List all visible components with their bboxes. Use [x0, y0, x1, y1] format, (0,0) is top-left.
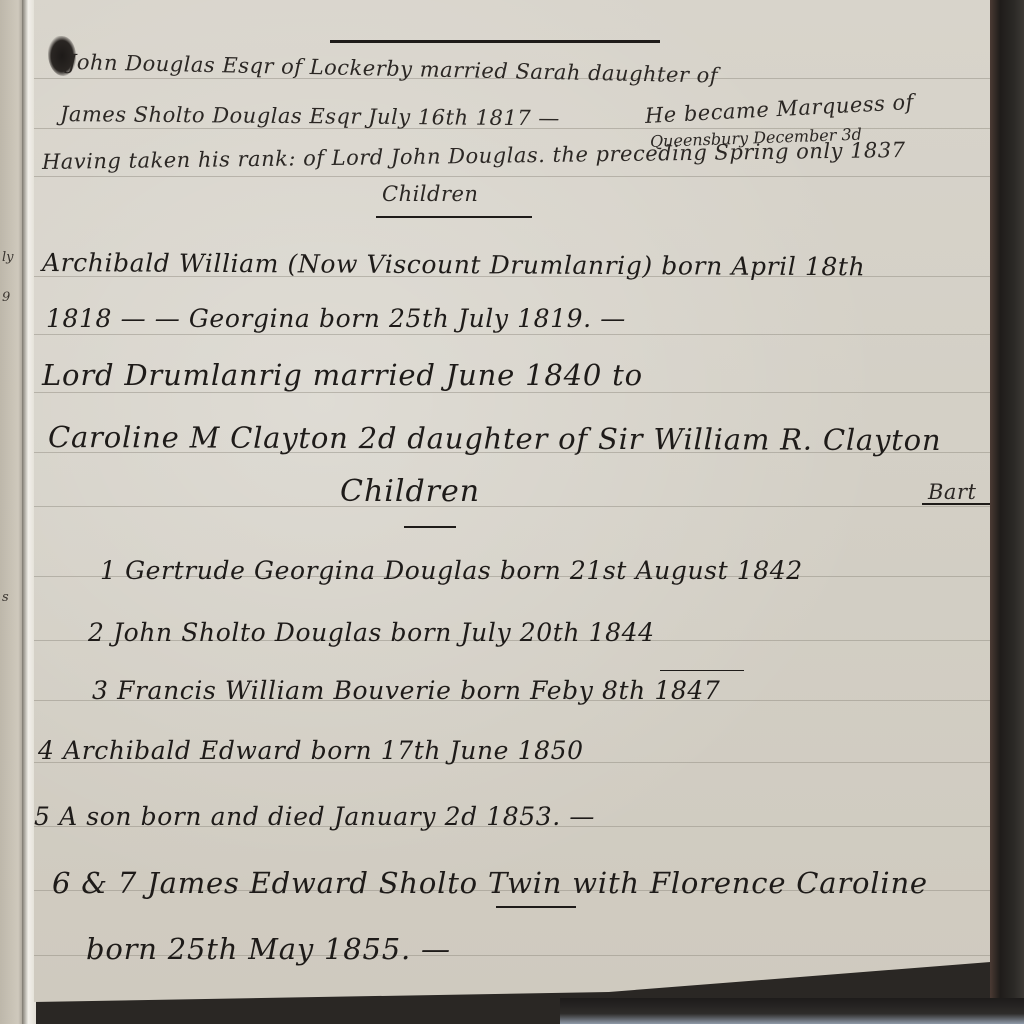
child-text: James Edward Sholto Twin with Florence C… — [147, 866, 928, 900]
child-text: A son born and died January 2d 1853. — — [59, 802, 595, 831]
book-cover-edge — [990, 0, 1024, 1024]
child-row-twins: 6 & 7 James Edward Sholto Twin with Flor… — [52, 866, 928, 900]
child-number: 6 & 7 — [52, 866, 137, 900]
children-heading: Children — [340, 474, 480, 509]
child-number: 3 — [92, 676, 109, 705]
child-number: 2 — [88, 618, 105, 647]
ruled-line — [34, 334, 992, 335]
child-text: Archibald Edward born 17th June 1850 — [63, 736, 584, 765]
child-number: 5 — [34, 802, 51, 831]
book-gutter — [22, 0, 36, 1024]
ruled-line — [34, 176, 992, 177]
child-row: 4 Archibald Edward born 17th June 1850 — [38, 736, 584, 765]
children-heading-underline — [404, 526, 456, 528]
header-line-2: James Sholto Douglas Esqr July 16th 1817… — [60, 102, 560, 130]
first-children-line-1: Archibald William (Now Viscount Drumlanr… — [42, 248, 865, 281]
child-number: 4 — [38, 736, 55, 765]
child-row: 5 A son born and died January 2d 1853. — — [34, 802, 595, 831]
child-row: 1 Gertrude Georgina Douglas born 21st Au… — [100, 556, 803, 585]
child-row: 3 Francis William Bouverie born Feby 8th… — [92, 676, 720, 705]
child-row: 2 John Sholto Douglas born July 20th 184… — [88, 618, 655, 647]
marriage-line-2: Caroline M Clayton 2d daughter of Sir Wi… — [48, 420, 942, 457]
facing-page-fragment: ly — [2, 250, 14, 265]
heading-underline — [376, 216, 532, 218]
facing-page-fragment: 9 — [2, 290, 10, 305]
child-text: John Sholto Douglas born July 20th 1844 — [113, 618, 655, 647]
top-rule — [330, 40, 660, 43]
strike-line — [660, 670, 744, 671]
ruled-line — [34, 392, 992, 393]
header-children-heading: Children — [382, 182, 478, 206]
twin-underline — [496, 906, 576, 908]
twins-birth-line: born 25th May 1855. — — [86, 932, 451, 966]
child-text: Francis William Bouverie born Feby 8th 1… — [117, 676, 720, 705]
ruled-line — [34, 506, 992, 507]
book-cover-bottom — [560, 998, 1024, 1024]
bart-underline — [922, 503, 992, 505]
bart-annotation: Bart — [928, 480, 976, 504]
facing-page-fragment: s — [2, 590, 9, 605]
child-text: Gertrude Georgina Douglas born 21st Augu… — [125, 556, 803, 585]
first-children-line-2: 1818 — — Georgina born 25th July 1819. — — [46, 304, 626, 333]
marriage-line-1: Lord Drumlanrig married June 1840 to — [42, 358, 643, 392]
child-number: 1 — [100, 556, 117, 585]
